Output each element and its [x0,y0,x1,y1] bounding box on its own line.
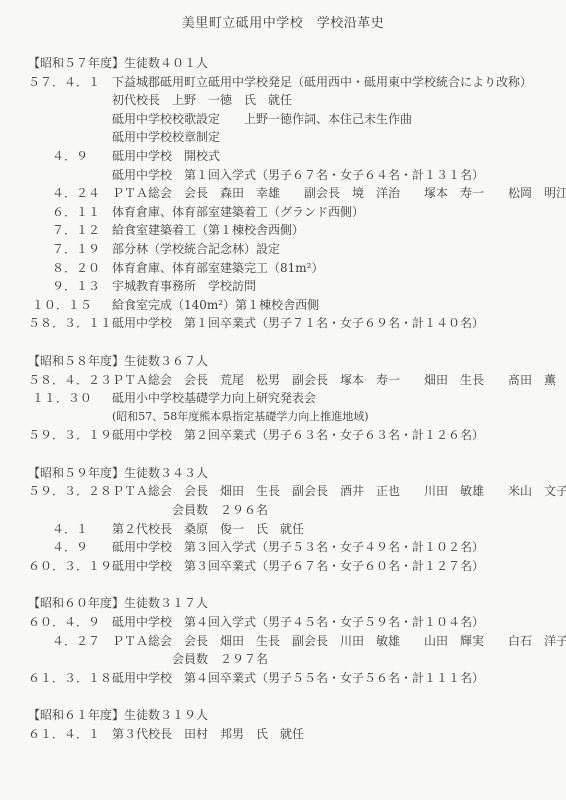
entry-text: 給食室建築着工（第１棟校舎西側） [112,221,304,240]
entry-text: 第３代校長 田村 邦男 氏 就任 [112,725,304,744]
section-showa59: 【昭和５９年度】生徒数３４３人 ５９．３．２８ＰＴＡ総会 会長 畑田 生長 副会… [28,464,562,576]
entry-date: ４．１ [28,520,112,539]
entry-text: 会員数 ２９６名 [112,501,268,520]
chronology-row: ６０．４．９砥用中学校 第４回入学式（男子４５名・女子５９名・計１０４名） [28,613,562,632]
entry-text: 体育倉庫、体育部室建築完工（81m²） [112,259,323,278]
entry-text: 砥用小中学校基礎学力向上研究発表会 [112,389,316,408]
entry-date [28,408,112,427]
entry-date: ６．１１ [28,203,112,222]
entry-text: 砥用中学校 第２回卒業式（男子６３名・女子６３名・計１２６名） [112,426,484,445]
chronology-row: ７．１２給食室建築着工（第１棟校舎西側） [28,221,562,240]
chronology-row: 砥用中学校 第１回入学式（男子６７名・女子６４名・計１３１名） [28,166,562,185]
entry-text: 砥用中学校 開校式 [112,147,220,166]
chronology-row: ４．９砥用中学校 第３回入学式（男子５３名・女子４９名・計１０２名） [28,538,562,557]
entry-date [28,128,112,147]
entry-text: 砥用中学校 第１回入学式（男子６７名・女子６４名・計１３１名） [112,166,484,185]
entry-date: ４．２７ [28,632,112,651]
page-title: 美里町立砥用中学校 学校沿革史 [0,0,566,33]
entry-date [28,501,112,520]
entry-date: ６１．４．１ [28,725,112,744]
chronology-row: ５７．４．１下益城郡砥用町立砥用中学校発足（砥用西中・砥用東中学校統合により改称… [28,73,562,92]
entry-text: ＰＴＡ総会 会長 荒尾 松男 副会長 塚本 寿一 畑田 生長 髙田 薫 [112,371,556,390]
chronology-row: ６１．４．１第３代校長 田村 邦男 氏 就任 [28,725,562,744]
chronology-row: 会員数 ２９７名 [28,650,562,669]
entry-text: 砥用中学校 第４回卒業式（男子５５名・女子５６名・計１１１名） [112,669,484,688]
entry-text: 砥用中学校 第３回卒業式（男子６７名・女子６０名・計１２７名） [112,557,484,576]
section-showa60: 【昭和６０年度】生徒数３１７人 ６０．４．９砥用中学校 第４回入学式（男子４５名… [28,594,562,687]
chronology-row: 砥用中学校校歌設定 上野一徳作詞、本住己未生作曲 [28,110,562,129]
section-showa61: 【昭和６１年度】生徒数３１９人 ６１．４．１第３代校長 田村 邦男 氏 就任 [28,706,562,743]
entry-text: 第２代校長 桑原 俊一 氏 就任 [112,520,304,539]
chronology-row: ５９．３．１９砥用中学校 第２回卒業式（男子６３名・女子６３名・計１２６名） [28,426,562,445]
entry-date: ５９．３．１９ [28,426,112,445]
chronology-row: ６１．３．１８砥用中学校 第４回卒業式（男子５５名・女子５６名・計１１１名） [28,669,562,688]
entry-text: 部分林（学校統合記念林）設定 [112,240,280,259]
entry-text: 会員数 ２９７名 [112,650,268,669]
chronology-row: ４．２７ＰＴＡ総会 会長 畑田 生長 副会長 川田 敏雄 山田 輝実 白石 洋子 [28,632,562,651]
chronology-row: ６．１１体育倉庫、体育部室建築着工（グランド西側） [28,203,562,222]
entry-date: ５９．３．２８ [28,482,112,501]
chronology-row: 砥用中学校校章制定 [28,128,562,147]
section-heading: 【昭和６０年度】生徒数３１７人 [28,594,562,613]
section-heading: 【昭和５９年度】生徒数３４３人 [28,464,562,483]
entry-text: 初代校長 上野 一徳 氏 就任 [112,91,292,110]
section-showa58: 【昭和５８年度】生徒数３６７人 ５８．４．２３ＰＴＡ総会 会長 荒尾 松男 副会… [28,352,562,445]
entry-date: ８．２０ [28,259,112,278]
chronology-row: ９．１３宇城教育事務所 学校訪問 [28,277,562,296]
entry-text: ＰＴＡ総会 会長 森田 幸雄 副会長 境 洋治 塚本 寿一 松岡 明江 [112,184,566,203]
entry-date: ７．１２ [28,221,112,240]
chronology-row: ８．２０体育倉庫、体育部室建築完工（81m²） [28,259,562,278]
entry-text: ＰＴＡ総会 会長 畑田 生長 副会長 酒井 正也 川田 敏雄 米山 文子 [112,482,566,501]
entry-date: ５８．３．１１ [28,314,112,333]
entry-date: ４．９ [28,538,112,557]
entry-text: 給食室完成（140m²）第１棟校舎西側 [112,296,319,315]
entry-text: 砥用中学校校章制定 [112,128,220,147]
chronology-row: １０．１５給食室完成（140m²）第１棟校舎西側 [28,296,562,315]
chronology-row: ６０．３．１９砥用中学校 第３回卒業式（男子６７名・女子６０名・計１２７名） [28,557,562,576]
chronology-row: (昭和57、58年度熊本県指定基礎学力向上推進地域) [28,408,562,427]
entry-date [28,650,112,669]
entry-text: 体育倉庫、体育部室建築着工（グランド西側） [112,203,364,222]
entry-date: １０．１５ [28,296,112,315]
entry-date: ４．９ [28,147,112,166]
entry-text: ＰＴＡ総会 会長 畑田 生長 副会長 川田 敏雄 山田 輝実 白石 洋子 [112,632,566,651]
entry-text: 下益城郡砥用町立砥用中学校発足（砥用西中・砥用東中学校統合により改称） [112,73,532,92]
chronology: 【昭和５７年度】生徒数４０１人 ５７．４．１下益城郡砥用町立砥用中学校発足（砥用… [0,54,566,744]
entry-text: 砥用中学校 第１回卒業式（男子７１名・女子６９名・計１４０名） [112,314,484,333]
entry-date: ６１．３．１８ [28,669,112,688]
document-page: 美里町立砥用中学校 学校沿革史 【昭和５７年度】生徒数４０１人 ５７．４．１下益… [0,0,566,800]
chronology-row: ４．９砥用中学校 開校式 [28,147,562,166]
section-showa57: 【昭和５７年度】生徒数４０１人 ５７．４．１下益城郡砥用町立砥用中学校発足（砥用… [28,54,562,333]
chronology-row: ７．１９部分林（学校統合記念林）設定 [28,240,562,259]
section-heading: 【昭和５７年度】生徒数４０１人 [28,54,562,73]
chronology-row: ５９．３．２８ＰＴＡ総会 会長 畑田 生長 副会長 酒井 正也 川田 敏雄 米山… [28,482,562,501]
entry-date [28,110,112,129]
entry-date: ９．１３ [28,277,112,296]
chronology-row: ５８．４．２３ＰＴＡ総会 会長 荒尾 松男 副会長 塚本 寿一 畑田 生長 髙田… [28,371,562,390]
entry-text: (昭和57、58年度熊本県指定基礎学力向上推進地域) [112,408,369,427]
chronology-row: ５８．３．１１砥用中学校 第１回卒業式（男子７１名・女子６９名・計１４０名） [28,314,562,333]
entry-date [28,91,112,110]
entry-text: 砥用中学校 第３回入学式（男子５３名・女子４９名・計１０２名） [112,538,484,557]
chronology-row: ４．２４ＰＴＡ総会 会長 森田 幸雄 副会長 境 洋治 塚本 寿一 松岡 明江 [28,184,562,203]
entry-date: ５７．４．１ [28,73,112,92]
chronology-row: １１．３０砥用小中学校基礎学力向上研究発表会 [28,389,562,408]
chronology-row: 会員数 ２９６名 [28,501,562,520]
entry-date: １１．３０ [28,389,112,408]
entry-date: ５８．４．２３ [28,371,112,390]
chronology-row: ４．１第２代校長 桑原 俊一 氏 就任 [28,520,562,539]
entry-text: 砥用中学校 第４回入学式（男子４５名・女子５９名・計１０４名） [112,613,484,632]
entry-text: 宇城教育事務所 学校訪問 [112,277,256,296]
entry-date: ４．２４ [28,184,112,203]
entry-date [28,166,112,185]
chronology-row: 初代校長 上野 一徳 氏 就任 [28,91,562,110]
entry-date: ６０．４．９ [28,613,112,632]
entry-text: 砥用中学校校歌設定 上野一徳作詞、本住己未生作曲 [112,110,412,129]
section-heading: 【昭和５８年度】生徒数３６７人 [28,352,562,371]
entry-date: ６０．３．１９ [28,557,112,576]
section-heading: 【昭和６１年度】生徒数３１９人 [28,706,562,725]
entry-date: ７．１９ [28,240,112,259]
